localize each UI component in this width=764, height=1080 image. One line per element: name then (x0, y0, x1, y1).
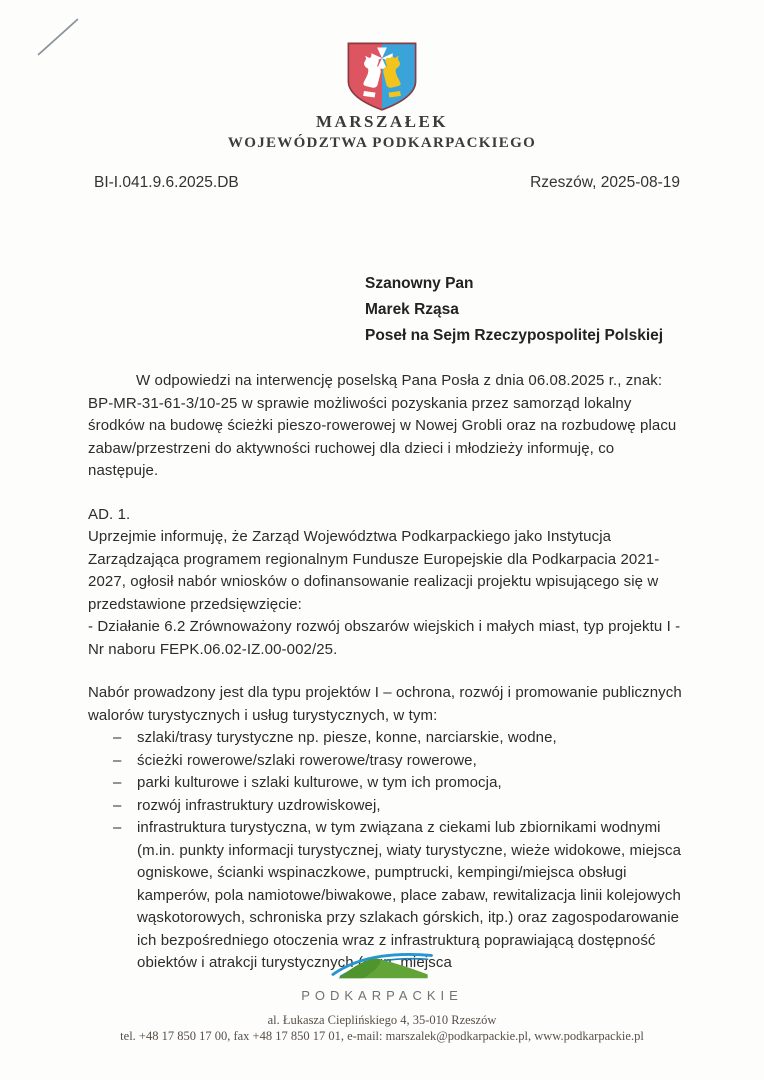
org-title-line1: MARSZAŁEK (0, 112, 764, 132)
reference-date-row: BI-I.041.9.6.2025.DB Rzeszów, 2025-08-19 (94, 174, 680, 192)
addressee-block: Szanowny Pan Marek Rząsa Poseł na Sejm R… (365, 271, 663, 349)
podkarpackie-logo: PODKARPACKIE (301, 946, 463, 1003)
list-item: ścieżki rowerowe/szlaki rowerowe/trasy r… (137, 750, 688, 773)
addressee-salutation: Szanowny Pan (365, 271, 663, 297)
list-item: szlaki/trasy turystyczne np. piesze, kon… (137, 727, 688, 750)
footer-contact-block: al. Łukasza Cieplińskiego 4, 35-010 Rzes… (0, 1012, 764, 1044)
addressee-title: Poseł na Sejm Rzeczypospolitej Polskiej (365, 323, 663, 349)
project-types-list: szlaki/trasy turystyczne np. piesze, kon… (88, 727, 688, 975)
section-ad1-paragraph: Uprzejmie informuję, że Zarząd Województ… (88, 526, 688, 616)
list-item: rozwój infrastruktury uzdrowiskowej, (137, 795, 688, 818)
section-ad1-label: AD. 1. (88, 504, 688, 527)
scanned-letter-page: MARSZAŁEK WOJEWÓDZTWA PODKARPACKIEGO BI-… (0, 0, 764, 1080)
call-for-proposals-paragraph: Nabór prowadzony jest dla typu projektów… (88, 682, 688, 727)
pen-stroke-mark (37, 18, 78, 56)
case-reference-number: BI-I.041.9.6.2025.DB (94, 174, 239, 192)
section-ad1: AD. 1. Uprzejmie informuję, że Zarząd Wo… (88, 504, 688, 662)
org-title-line2: WOJEWÓDZTWA PODKARPACKIEGO (0, 135, 764, 152)
place-and-date: Rzeszów, 2025-08-19 (530, 174, 680, 192)
letter-body: W odpowiedzi na interwencję poselską Pan… (88, 370, 688, 975)
footer-address-line: al. Łukasza Cieplińskiego 4, 35-010 Rzes… (0, 1012, 764, 1028)
section-ad1-action-line: - Działanie 6.2 Zrównoważony rozwój obsz… (88, 616, 688, 661)
sender-organization-title: MARSZAŁEK WOJEWÓDZTWA PODKARPACKIEGO (0, 112, 764, 152)
list-item: parki kulturowe i szlaki kulturowe, w ty… (137, 772, 688, 795)
intro-paragraph: W odpowiedzi na interwencję poselską Pan… (88, 370, 688, 483)
logo-wordmark: PODKARPACKIE (301, 988, 463, 1003)
addressee-name: Marek Rząsa (365, 297, 663, 323)
podkarpackie-logo-icon (323, 969, 441, 986)
podkarpackie-coat-of-arms-icon (341, 40, 423, 119)
footer-contact-line: tel. +48 17 850 17 00, fax +48 17 850 17… (0, 1028, 764, 1044)
